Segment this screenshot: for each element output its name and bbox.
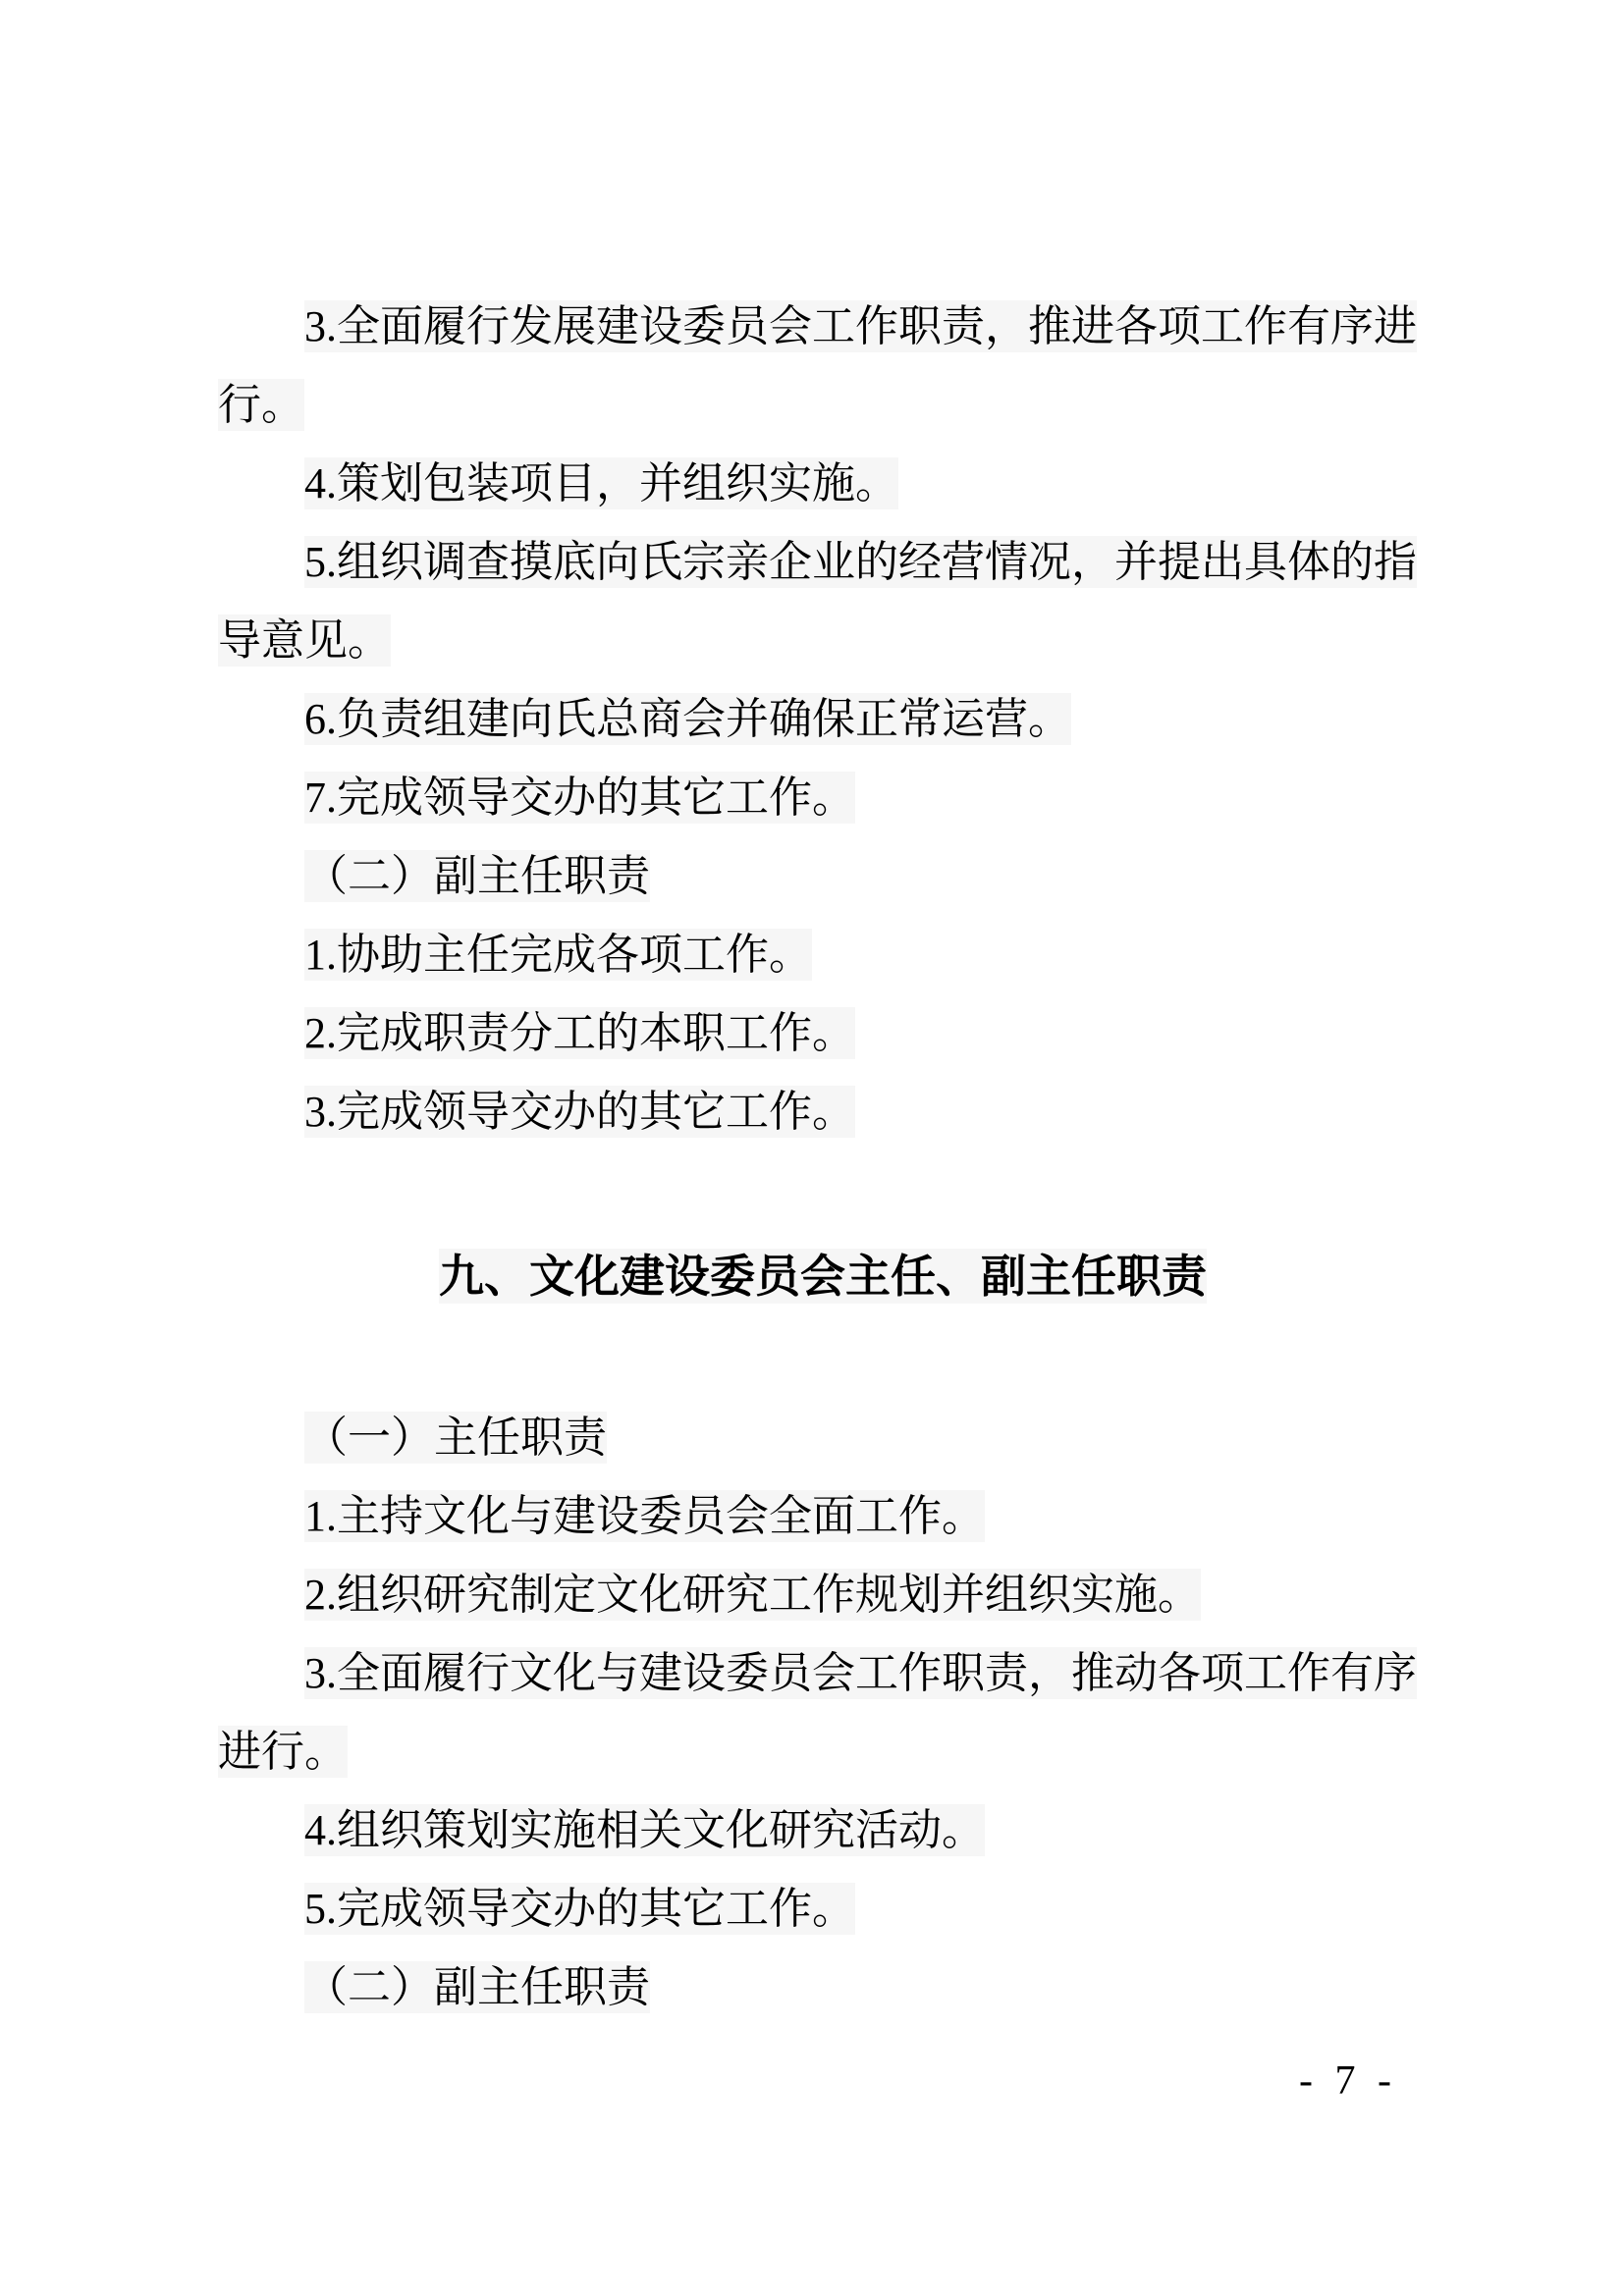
section-b: （一）主任职责 1.主持文化与建设委员会全面工作。 2.组织研究制定文化研究工作… [218, 1399, 1428, 2027]
doc-paragraph: 2.完成职责分工的本职工作。 [218, 994, 1428, 1073]
doc-paragraph: 3.全面履行文化与建设委员会工作职责，推动各项工作有序进行。 [218, 1634, 1428, 1791]
section-title: 九、文化建设委员会主任、副主任职责 [218, 1235, 1428, 1317]
doc-paragraph: 2.组织研究制定文化研究工作规划并组织实施。 [218, 1556, 1428, 1634]
paragraph-text: （二）副主任职责 [304, 1961, 650, 2013]
paragraph-text: 2.组织研究制定文化研究工作规划并组织实施。 [304, 1569, 1201, 1621]
paragraph-text: 1.协助主任完成各项工作。 [304, 929, 812, 981]
paragraph-text: 4.组织策划实施相关文化研究活动。 [304, 1804, 985, 1856]
doc-paragraph: 1.主持文化与建设委员会全面工作。 [218, 1477, 1428, 1556]
paragraph-text: 3.全面履行文化与建设委员会工作职责，推动各项工作有序进行。 [218, 1647, 1417, 1778]
subsection-heading: （二）副主任职责 [218, 1949, 1428, 2027]
paragraph-text: 3.全面履行发展建设委员会工作职责，推进各项工作有序进行。 [218, 300, 1417, 431]
paragraph-text: （二）副主任职责 [304, 850, 650, 902]
doc-paragraph: 3.全面履行发展建设委员会工作职责，推进各项工作有序进行。 [218, 288, 1428, 445]
doc-paragraph: 5.组织调查摸底向氏宗亲企业的经营情况，并提出具体的指导意见。 [218, 523, 1428, 680]
paragraph-text: 5.组织调查摸底向氏宗亲企业的经营情况，并提出具体的指导意见。 [218, 536, 1417, 667]
doc-paragraph: 4.组织策划实施相关文化研究活动。 [218, 1791, 1428, 1870]
document-page: 3.全面履行发展建设委员会工作职责，推进各项工作有序进行。 4.策划包装项目，并… [0, 0, 1624, 2296]
page-number: - 7 - [1299, 2059, 1397, 2103]
doc-paragraph: 7.完成领导交办的其它工作。 [218, 759, 1428, 837]
paragraph-text: 5.完成领导交办的其它工作。 [304, 1883, 855, 1935]
paragraph-text: 2.完成职责分工的本职工作。 [304, 1007, 855, 1059]
paragraph-text: 6.负责组建向氏总商会并确保正常运营。 [304, 693, 1071, 745]
paragraph-text: 1.主持文化与建设委员会全面工作。 [304, 1490, 985, 1542]
doc-paragraph: 3.完成领导交办的其它工作。 [218, 1073, 1428, 1151]
document-body: 3.全面履行发展建设委员会工作职责，推进各项工作有序进行。 4.策划包装项目，并… [218, 288, 1428, 2027]
paragraph-text: 4.策划包装项目，并组织实施。 [304, 457, 898, 509]
section-title-text: 九、文化建设委员会主任、副主任职责 [439, 1249, 1207, 1304]
paragraph-text: 3.完成领导交办的其它工作。 [304, 1086, 855, 1138]
doc-paragraph: 6.负责组建向氏总商会并确保正常运营。 [218, 680, 1428, 759]
doc-paragraph: 1.协助主任完成各项工作。 [218, 916, 1428, 994]
subsection-heading: （一）主任职责 [218, 1399, 1428, 1477]
doc-paragraph: 5.完成领导交办的其它工作。 [218, 1870, 1428, 1949]
subsection-heading: （二）副主任职责 [218, 837, 1428, 916]
doc-paragraph: 4.策划包装项目，并组织实施。 [218, 445, 1428, 523]
paragraph-text: （一）主任职责 [304, 1412, 607, 1464]
paragraph-text: 7.完成领导交办的其它工作。 [304, 772, 855, 824]
